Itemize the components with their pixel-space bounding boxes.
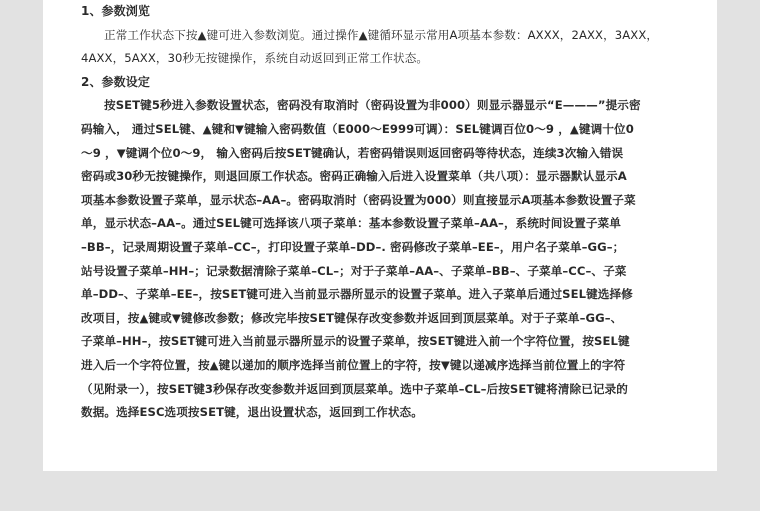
text-line: ～9 ，▼键调个位0～9， 输入密码后按SET键确认，若密码错误则返回密码等待状… [81, 142, 693, 166]
text-line: 密码或30秒无按键操作，则退回原工作状态。密码正确输入后进入设置菜单（共八项）：… [81, 165, 693, 189]
section-heading-parameter-setting: 2、参数设定 [81, 71, 693, 95]
text-line: 4AXX，5AXX，30秒无按键操作，系统自动返回到正常工作状态。 [81, 47, 693, 71]
section-heading-parameter-browse: 1、参数浏览 [81, 0, 693, 24]
text-line: 正常工作状态下按▲键可进入参数浏览。通过操作▲键循环显示常用A项基本参数：AXX… [81, 24, 693, 48]
text-line: 改项目，按▲键或▼键修改参数；修改完毕按SET键保存改变参数并返回到顶层菜单。对… [81, 307, 693, 331]
text-line: 按SET键5秒进入参数设置状态，密码没有取消时（密码设置为非000）则显示器显示… [81, 94, 693, 118]
section-body-parameter-browse: 正常工作状态下按▲键可进入参数浏览。通过操作▲键循环显示常用A项基本参数：AXX… [81, 24, 693, 71]
text-line: 单–DD–、子菜单–EE–，按SET键可进入当前显示器所显示的设置子菜单。进入子… [81, 283, 693, 307]
text-line: 站号设置子菜单–HH–；记录数据清除子菜单–CL–；对于子菜单–AA–、子菜单–… [81, 260, 693, 284]
text-line: （见附录一），按SET键3秒保存改变参数并返回到顶层菜单。选中子菜单–CL–后按… [81, 378, 693, 402]
text-line: 项基本参数设置子菜单，显示状态–AA–。密码取消时（密码设置为000）则直接显示… [81, 189, 693, 213]
text-line: 码输入， 通过SEL键、▲键和▼键输入密码数值（E000～E999可调）：SEL… [81, 118, 693, 142]
document-content: 1、参数浏览 正常工作状态下按▲键可进入参数浏览。通过操作▲键循环显示常用A项基… [81, 0, 693, 425]
section-body-parameter-setting: 按SET键5秒进入参数设置状态，密码没有取消时（密码设置为非000）则显示器显示… [81, 94, 693, 424]
text-line: 单，显示状态–AA–。通过SEL键可选择该八项子菜单：基本参数设置子菜单–AA–… [81, 212, 693, 236]
text-line: 数据。选择ESC选项按SET键，退出设置状态，返回到工作状态。 [81, 401, 693, 425]
text-line: 进入后一个字符位置，按▲键以递加的顺序选择当前位置上的字符，按▼键以递减序选择当… [81, 354, 693, 378]
text-line: 子菜单–HH–，按SET键可进入当前显示器所显示的设置子菜单，按SET键进入前一… [81, 330, 693, 354]
text-line: –BB–，记录周期设置子菜单–CC–，打印设置子菜单–DD–. 密码修改子菜单–… [81, 236, 693, 260]
